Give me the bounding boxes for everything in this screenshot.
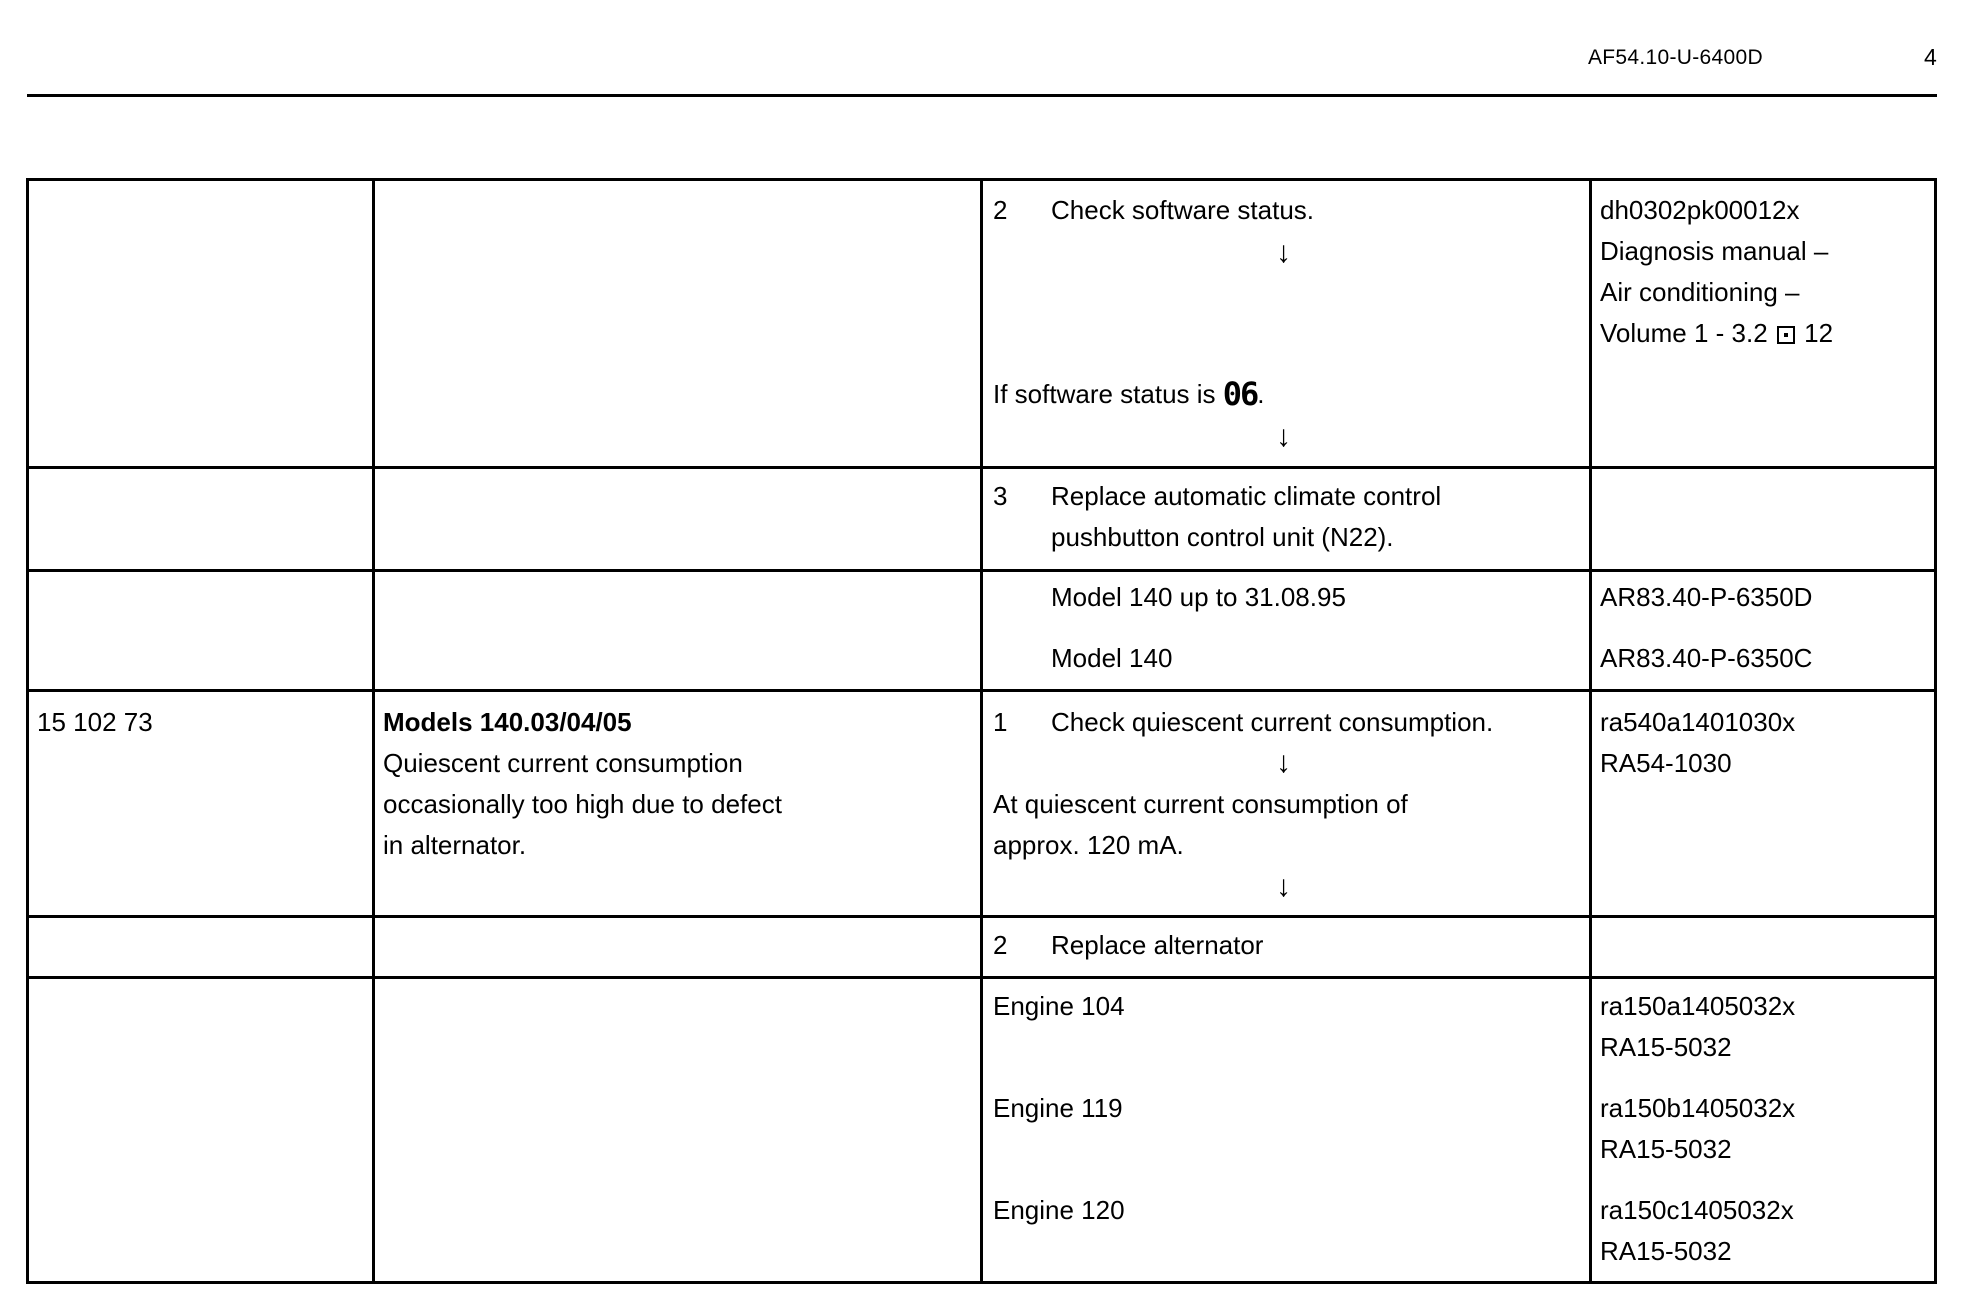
reference-cell: dh0302pk00012x Diagnosis manual – Air co… [1600,190,1833,354]
reference-cell: ra150a1405032x RA15-5032 [1600,986,1795,1068]
status-display-value: 06 [1223,379,1258,409]
row-divider [26,976,1937,979]
reference-link[interactable]: ra150c1405032x [1600,1190,1794,1231]
header-rule [27,94,1937,97]
reference-link[interactable]: AR83.40-P-6350C [1600,638,1812,679]
step-text: 1Check quiescent current consumption. [993,702,1493,743]
variant-label: Engine 119 [993,1088,1123,1129]
reference-link[interactable]: AR83.40-P-6350D [1600,577,1812,618]
fault-description: Models 140.03/04/05 Quiescent current co… [383,702,782,866]
down-arrow-icon: ↓ [1276,872,1291,902]
reference-cell: ra150c1405032x RA15-5032 [1600,1190,1794,1272]
variant-label: Model 140 up to 31.08.95 [1051,577,1346,618]
variant-label: Engine 120 [993,1190,1125,1231]
down-arrow-icon: ↓ [1276,422,1291,452]
down-arrow-icon: ↓ [1276,748,1291,778]
variant-label: Engine 104 [993,986,1125,1027]
step-text: 2Check software status. [993,190,1314,231]
page-reference-icon [1777,326,1795,344]
column-divider [980,178,983,1284]
row-divider [26,569,1937,572]
fault-code: 15 102 73 [37,702,153,743]
reference-cell: ra150b1405032x RA15-5032 [1600,1088,1795,1170]
document-code: AF54.10-U-6400D [1588,46,1763,70]
step-condition: At quiescent current consumption of appr… [993,784,1408,866]
reference-link[interactable]: ra150b1405032x [1600,1088,1795,1129]
column-divider [1589,178,1592,1284]
reference-link[interactable]: ra540a1401030x [1600,702,1795,743]
reference-link[interactable]: dh0302pk00012x [1600,190,1833,231]
variant-label: Model 140 [1051,638,1172,679]
down-arrow-icon: ↓ [1276,238,1291,268]
row-divider [26,466,1937,469]
row-divider [26,689,1937,692]
page-number: 4 [1924,44,1937,71]
column-divider [372,178,375,1284]
reference-link[interactable]: ra150a1405032x [1600,986,1795,1027]
step-text: 2Replace alternator [993,925,1263,966]
step-condition: If software status is 06. [993,374,1265,415]
row-divider [26,915,1937,918]
reference-cell: ra540a1401030x RA54-1030 [1600,702,1795,784]
step-text: 3Replace automatic climate control pushb… [993,476,1441,558]
